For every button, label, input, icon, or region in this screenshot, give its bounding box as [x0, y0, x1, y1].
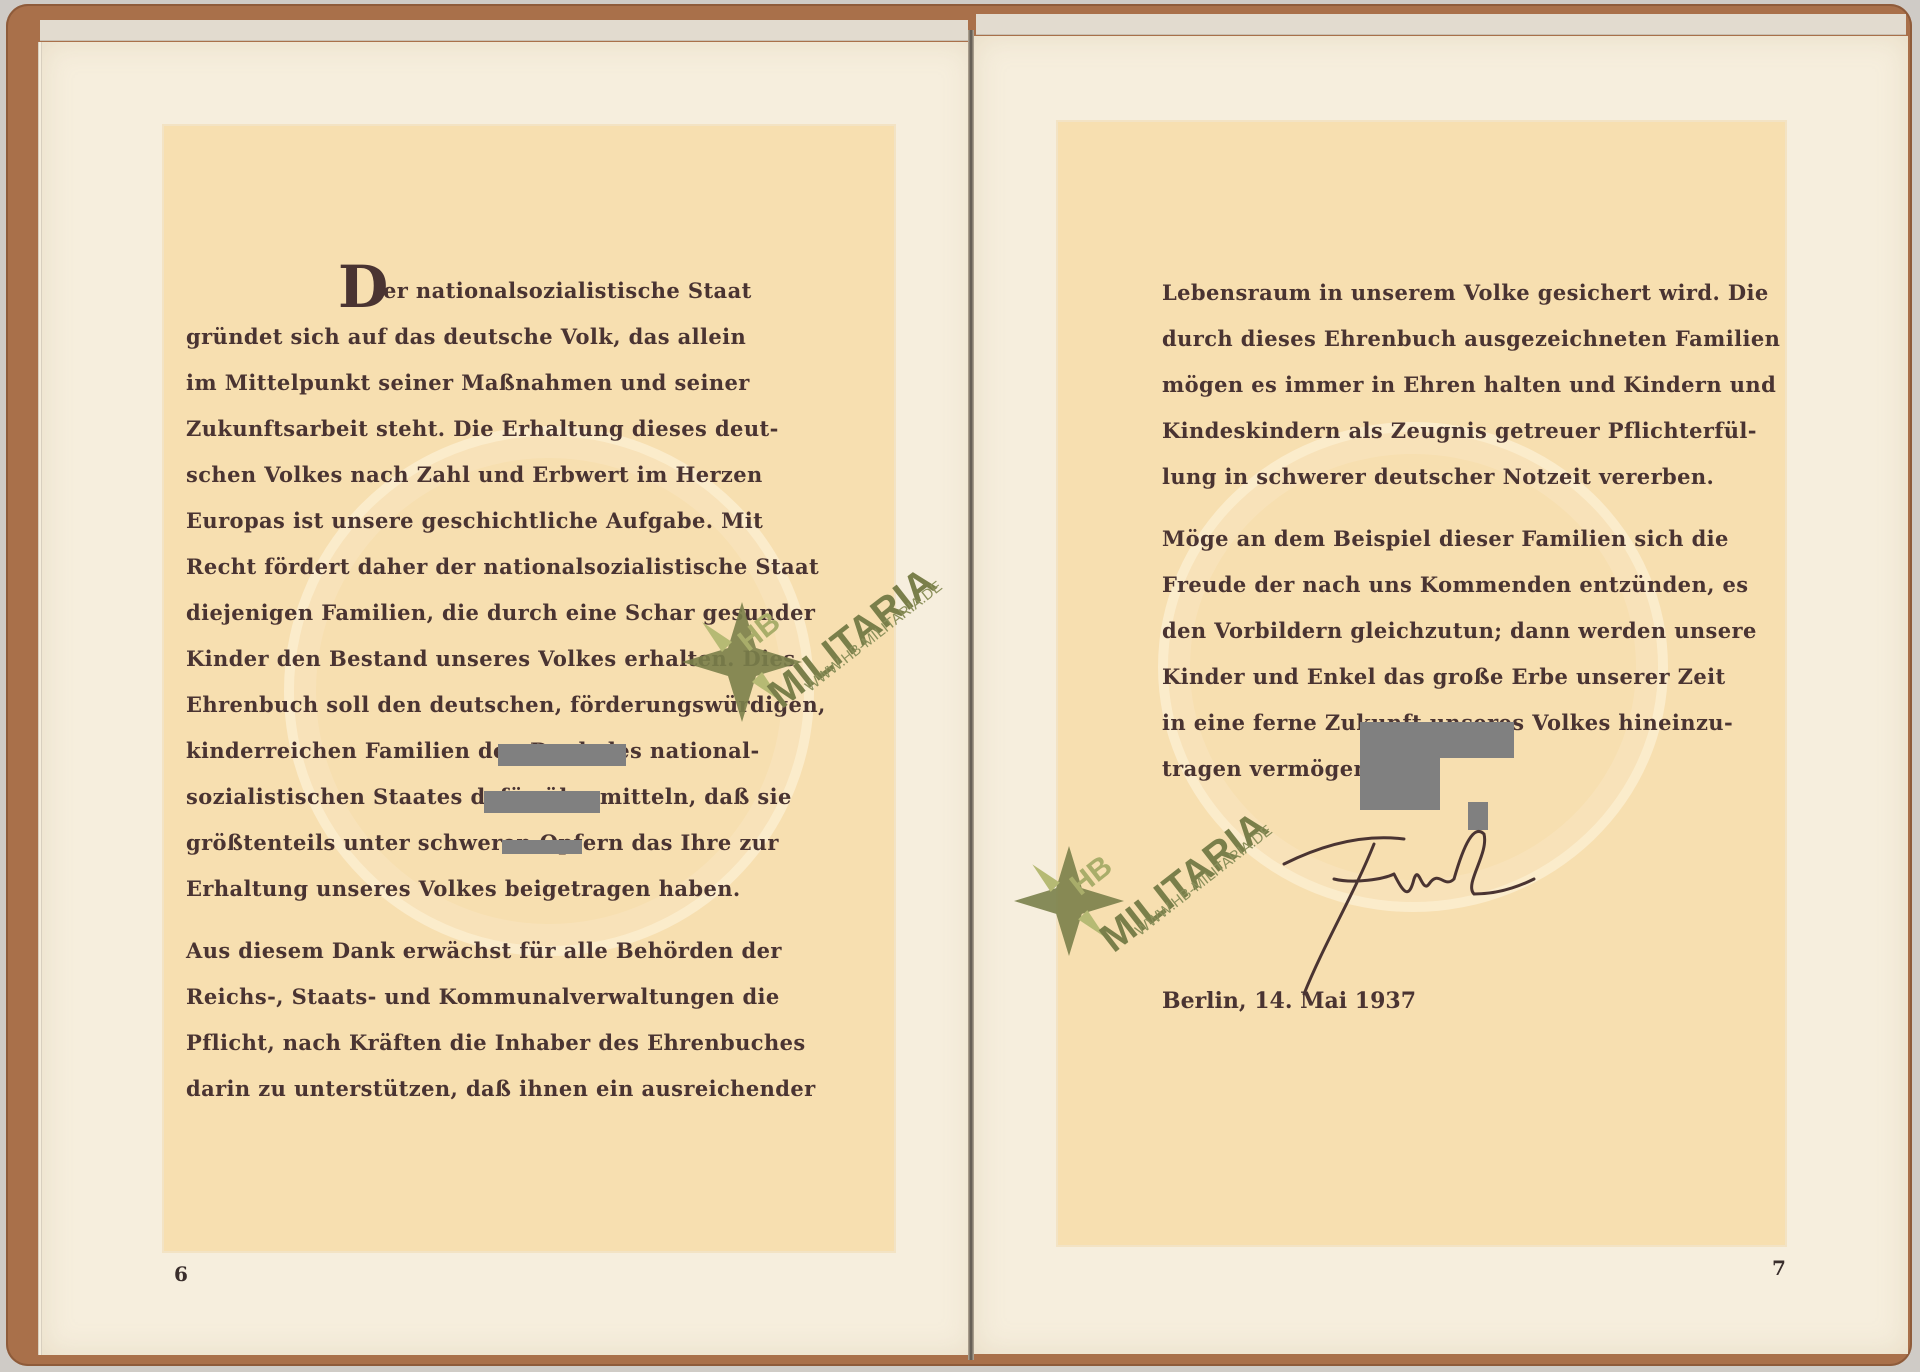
text-line: Kinder den Bestand unseres Volkes erhalt…	[186, 636, 704, 682]
date-line: Berlin, 14. Mai 1937	[1162, 988, 1416, 1014]
text-line: größtenteils unter schweren Opfern das I…	[186, 820, 704, 866]
first-line: D er nationalsozialistische Staat	[186, 268, 704, 314]
text-line: Möge an dem Beispiel dieser Familien sic…	[1162, 516, 1680, 562]
text-line: Ehrenbuch soll den deutschen, förderungs…	[186, 682, 704, 728]
right-headband	[976, 14, 1906, 35]
watermark-logo: HB MILITARIA WWW.HB-MILITARIA.DE	[1014, 736, 1254, 956]
page-number-right: 7	[1772, 1256, 1786, 1280]
right-page: Lebensraum in unserem Volke gesichert wi…	[974, 36, 1908, 1354]
text-line: sozialistischen Staates dafür übermittel…	[186, 774, 704, 820]
text-line: Reichs-, Staats- und Kommunalverwaltunge…	[186, 974, 704, 1020]
text-line: Recht fördert daher der nationalsozialis…	[186, 544, 704, 590]
text-line: durch dieses Ehrenbuch ausgezeichneten F…	[1162, 316, 1680, 362]
text-line: darin zu unterstützen, daß ihnen ein aus…	[186, 1066, 704, 1112]
text-line: mögen es immer in Ehren halten und Kinde…	[1162, 362, 1680, 408]
text-line: kinderreichen Familien den Dank des nati…	[186, 728, 704, 774]
redaction-bar	[484, 791, 600, 813]
text-line: Europas ist unsere geschichtliche Aufgab…	[186, 498, 704, 544]
dropcap-letter: D	[338, 258, 389, 316]
text-line: diejenigen Familien, die durch eine Scha…	[186, 590, 704, 636]
text-line: Kinder und Enkel das große Erbe unserer …	[1162, 654, 1680, 700]
first-line-text: er nationalsozialistische Staat	[341, 268, 704, 314]
text-line: im Mittelpunkt seiner Maßnahmen und sein…	[186, 360, 704, 406]
text-line: Freude der nach uns Kommenden entzünden,…	[1162, 562, 1680, 608]
left-headband	[40, 20, 968, 41]
redaction-bar	[498, 744, 626, 766]
text-line: Pflicht, nach Kräften die Inhaber des Eh…	[186, 1020, 704, 1066]
text-line: lung in schwerer deutscher Notzeit verer…	[1162, 454, 1680, 500]
text-line: gründet sich auf das deutsche Volk, das …	[186, 314, 704, 360]
watermark-logo: HB MILITARIA WWW.HB-MILITARIA.DE	[682, 482, 922, 702]
text-line: den Vorbildern gleichzutun; dann werden …	[1162, 608, 1680, 654]
redaction-bar	[502, 840, 582, 854]
text-line: schen Volkes nach Zahl und Erbwert im He…	[186, 452, 704, 498]
left-page: D er nationalsozialistische Staat gründe…	[38, 42, 974, 1355]
text-line: Aus diesem Dank erwächst für alle Behörd…	[186, 928, 704, 974]
left-page-text: D er nationalsozialistische Staat gründe…	[186, 268, 704, 1112]
text-line: Erhaltung unseres Volkes beigetragen hab…	[186, 866, 704, 912]
right-page-text: Lebensraum in unserem Volke gesichert wi…	[1162, 270, 1680, 792]
handwritten-signature	[1244, 784, 1544, 1004]
text-line: Kindeskindern als Zeugnis getreuer Pflic…	[1162, 408, 1680, 454]
text-line: Lebensraum in unserem Volke gesichert wi…	[1162, 270, 1680, 316]
text-line: Zukunftsarbeit steht. Die Erhaltung dies…	[186, 406, 704, 452]
page-number-left: 6	[174, 1262, 188, 1286]
redaction-block	[1360, 722, 1514, 758]
